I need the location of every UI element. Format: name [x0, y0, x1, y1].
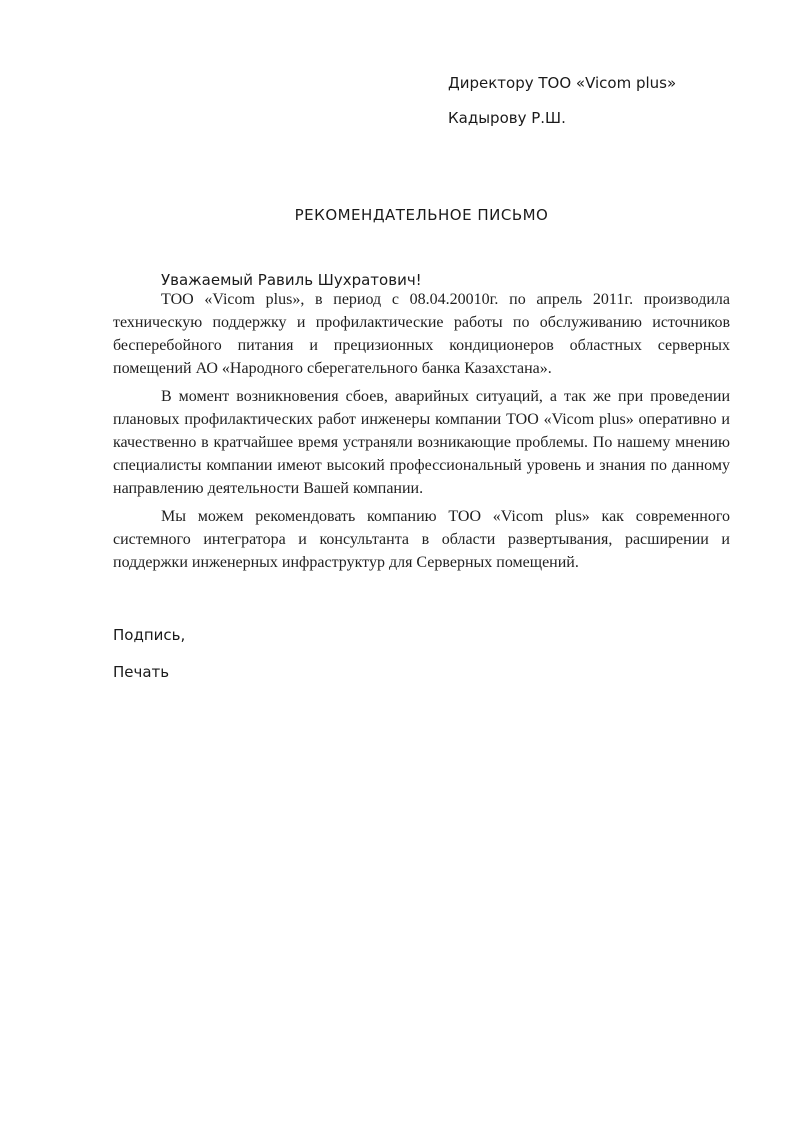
body-paragraph-1: ТОО «Vicom plus», в период с 08.04.20010… — [113, 288, 730, 380]
recipient-block: Директору ТОО «Vicom plus» Кадырову Р.Ш. — [448, 75, 730, 126]
signature-line: Подпись, — [113, 627, 730, 643]
letter-title: РЕКОМЕНДАТЕЛЬНОЕ ПИСЬМО — [113, 207, 730, 223]
body-paragraph-3: Мы можем рекомендовать компанию ТОО «Vic… — [113, 505, 730, 574]
salutation: Уважаемый Равиль Шухратович! — [113, 272, 730, 288]
body-paragraph-2: В момент возникновения сбоев, аварийных … — [113, 385, 730, 500]
stamp-line: Печать — [113, 664, 730, 680]
recipient-line-2: Кадырову Р.Ш. — [448, 110, 730, 126]
document-page: Директору ТОО «Vicom plus» Кадырову Р.Ш.… — [0, 0, 800, 1132]
recipient-line-1: Директору ТОО «Vicom plus» — [448, 75, 730, 91]
signature-block: Подпись, Печать — [113, 627, 730, 680]
